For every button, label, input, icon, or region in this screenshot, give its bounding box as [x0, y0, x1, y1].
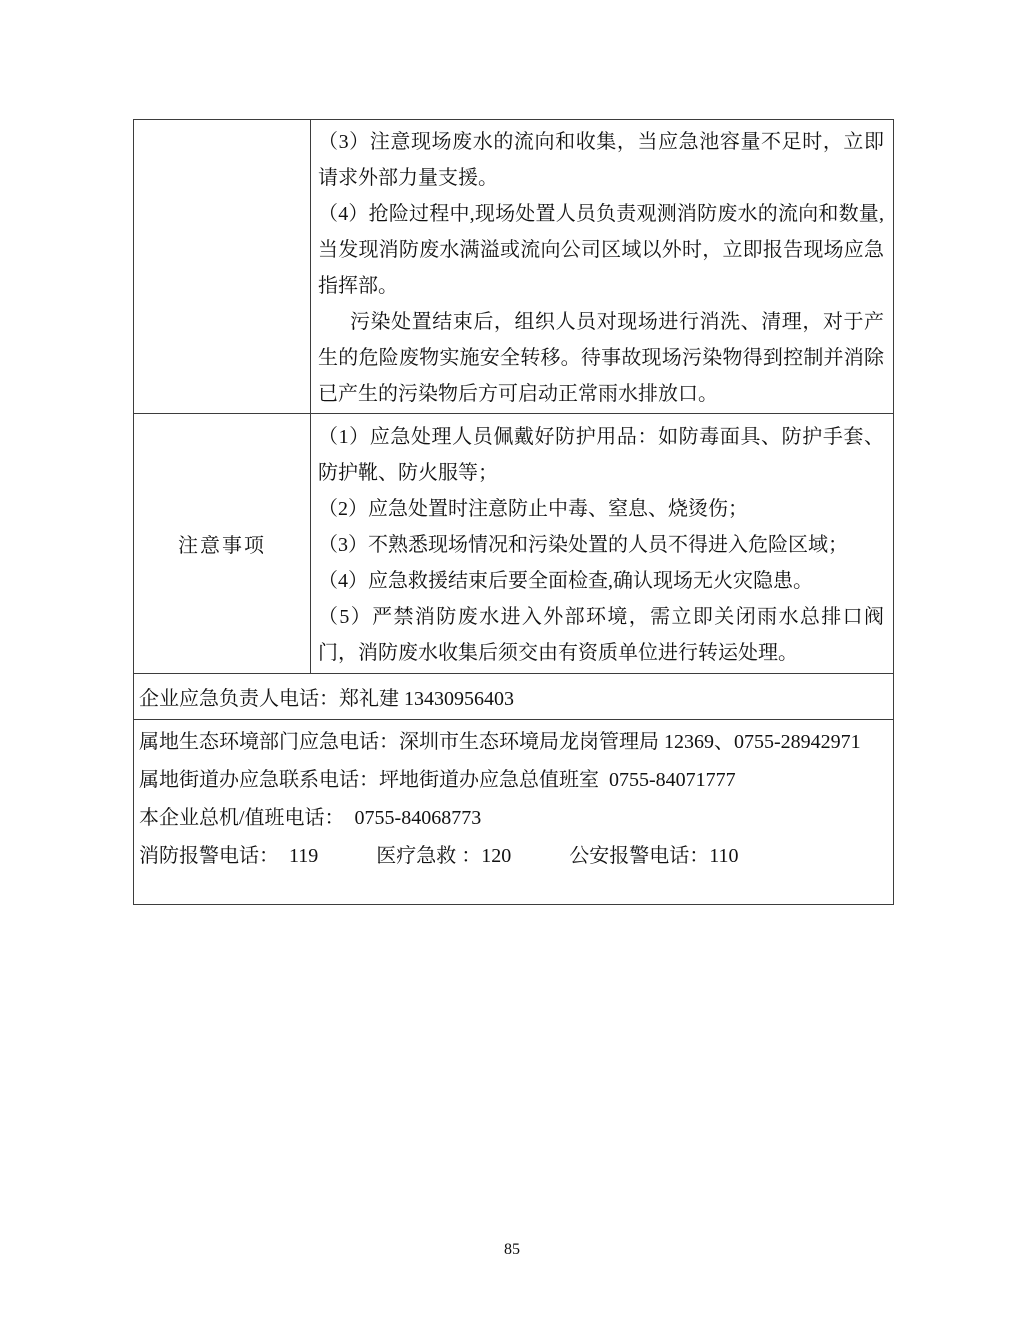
table-row-precautions: 注意事项 （1）应急处理人员佩戴好防护用品：如防毒面具、防护手套、防护靴、防火服… [134, 414, 893, 674]
contact-line-street-office: 属地街道办应急联系电话：坪地街道办应急总值班室 0755-84071777 [139, 761, 884, 799]
precaution-item: （3）不熟悉现场情况和污染处置的人员不得进入危险区域； [318, 527, 884, 563]
procedure-paragraph: （3）注意现场废水的流向和收集，当应急池容量不足时，立即请求外部力量支援。 [318, 124, 884, 196]
continuation-row-body: （3）注意现场废水的流向和收集，当应急池容量不足时，立即请求外部力量支援。 （4… [311, 120, 893, 413]
precaution-item: （2）应急处置时注意防止中毒、窒息、烧烫伤； [318, 491, 884, 527]
precautions-label: 注意事项 [134, 414, 311, 673]
emergency-response-table: （3）注意现场废水的流向和收集，当应急池容量不足时，立即请求外部力量支援。 （4… [133, 119, 894, 905]
contact-line-environment: 属地生态环境部门应急电话：深圳市生态环境局龙岗管理局 12369、0755-28… [139, 723, 884, 761]
page-number: 85 [0, 1241, 1024, 1259]
precaution-item: （1）应急处理人员佩戴好防护用品：如防毒面具、防护手套、防护靴、防火服等； [318, 419, 884, 491]
precaution-item: （5）严禁消防废水进入外部环境，需立即关闭雨水总排口阀门，消防废水收集后须交由有… [318, 599, 884, 671]
table-row-continuation: （3）注意现场废水的流向和收集，当应急池容量不足时，立即请求外部力量支援。 （4… [134, 120, 893, 414]
hotline-police: 公安报警电话：110 [569, 837, 738, 875]
document-page: （3）注意现场废水的流向和收集，当应急池容量不足时，立即请求外部力量支援。 （4… [0, 0, 1024, 1325]
contact-line-company-switchboard: 本企业总机/值班电话： 0755-84068773 [139, 799, 884, 837]
hotline-fire: 消防报警电话： 119 [139, 837, 318, 875]
hotline-numbers-line: 消防报警电话： 119 医疗急救 ：120 公安报警电话：110 [139, 837, 884, 875]
procedure-paragraph: 污染处置结束后，组织人员对现场进行消洗、清理，对于产生的危险废物实施安全转移。待… [318, 304, 884, 412]
company-phone-text: 企业应急负责人电话：郑礼建 13430956403 [139, 682, 514, 711]
table-row-contacts: 属地生态环境部门应急电话：深圳市生态环境局龙岗管理局 12369、0755-28… [134, 720, 893, 904]
procedure-paragraph: （4）抢险过程中,现场处置人员负责观测消防废水的流向和数量,当发现消防废水满溢或… [318, 196, 884, 304]
continuation-row-label-cell [134, 120, 311, 413]
precautions-body: （1）应急处理人员佩戴好防护用品：如防毒面具、防护手套、防护靴、防火服等； （2… [311, 414, 893, 673]
table-row-company-phone: 企业应急负责人电话：郑礼建 13430956403 [134, 674, 893, 720]
hotline-medical: 医疗急救 ：120 [376, 837, 511, 875]
precaution-item: （4）应急救援结束后要全面检查,确认现场无火灾隐患。 [318, 563, 884, 599]
